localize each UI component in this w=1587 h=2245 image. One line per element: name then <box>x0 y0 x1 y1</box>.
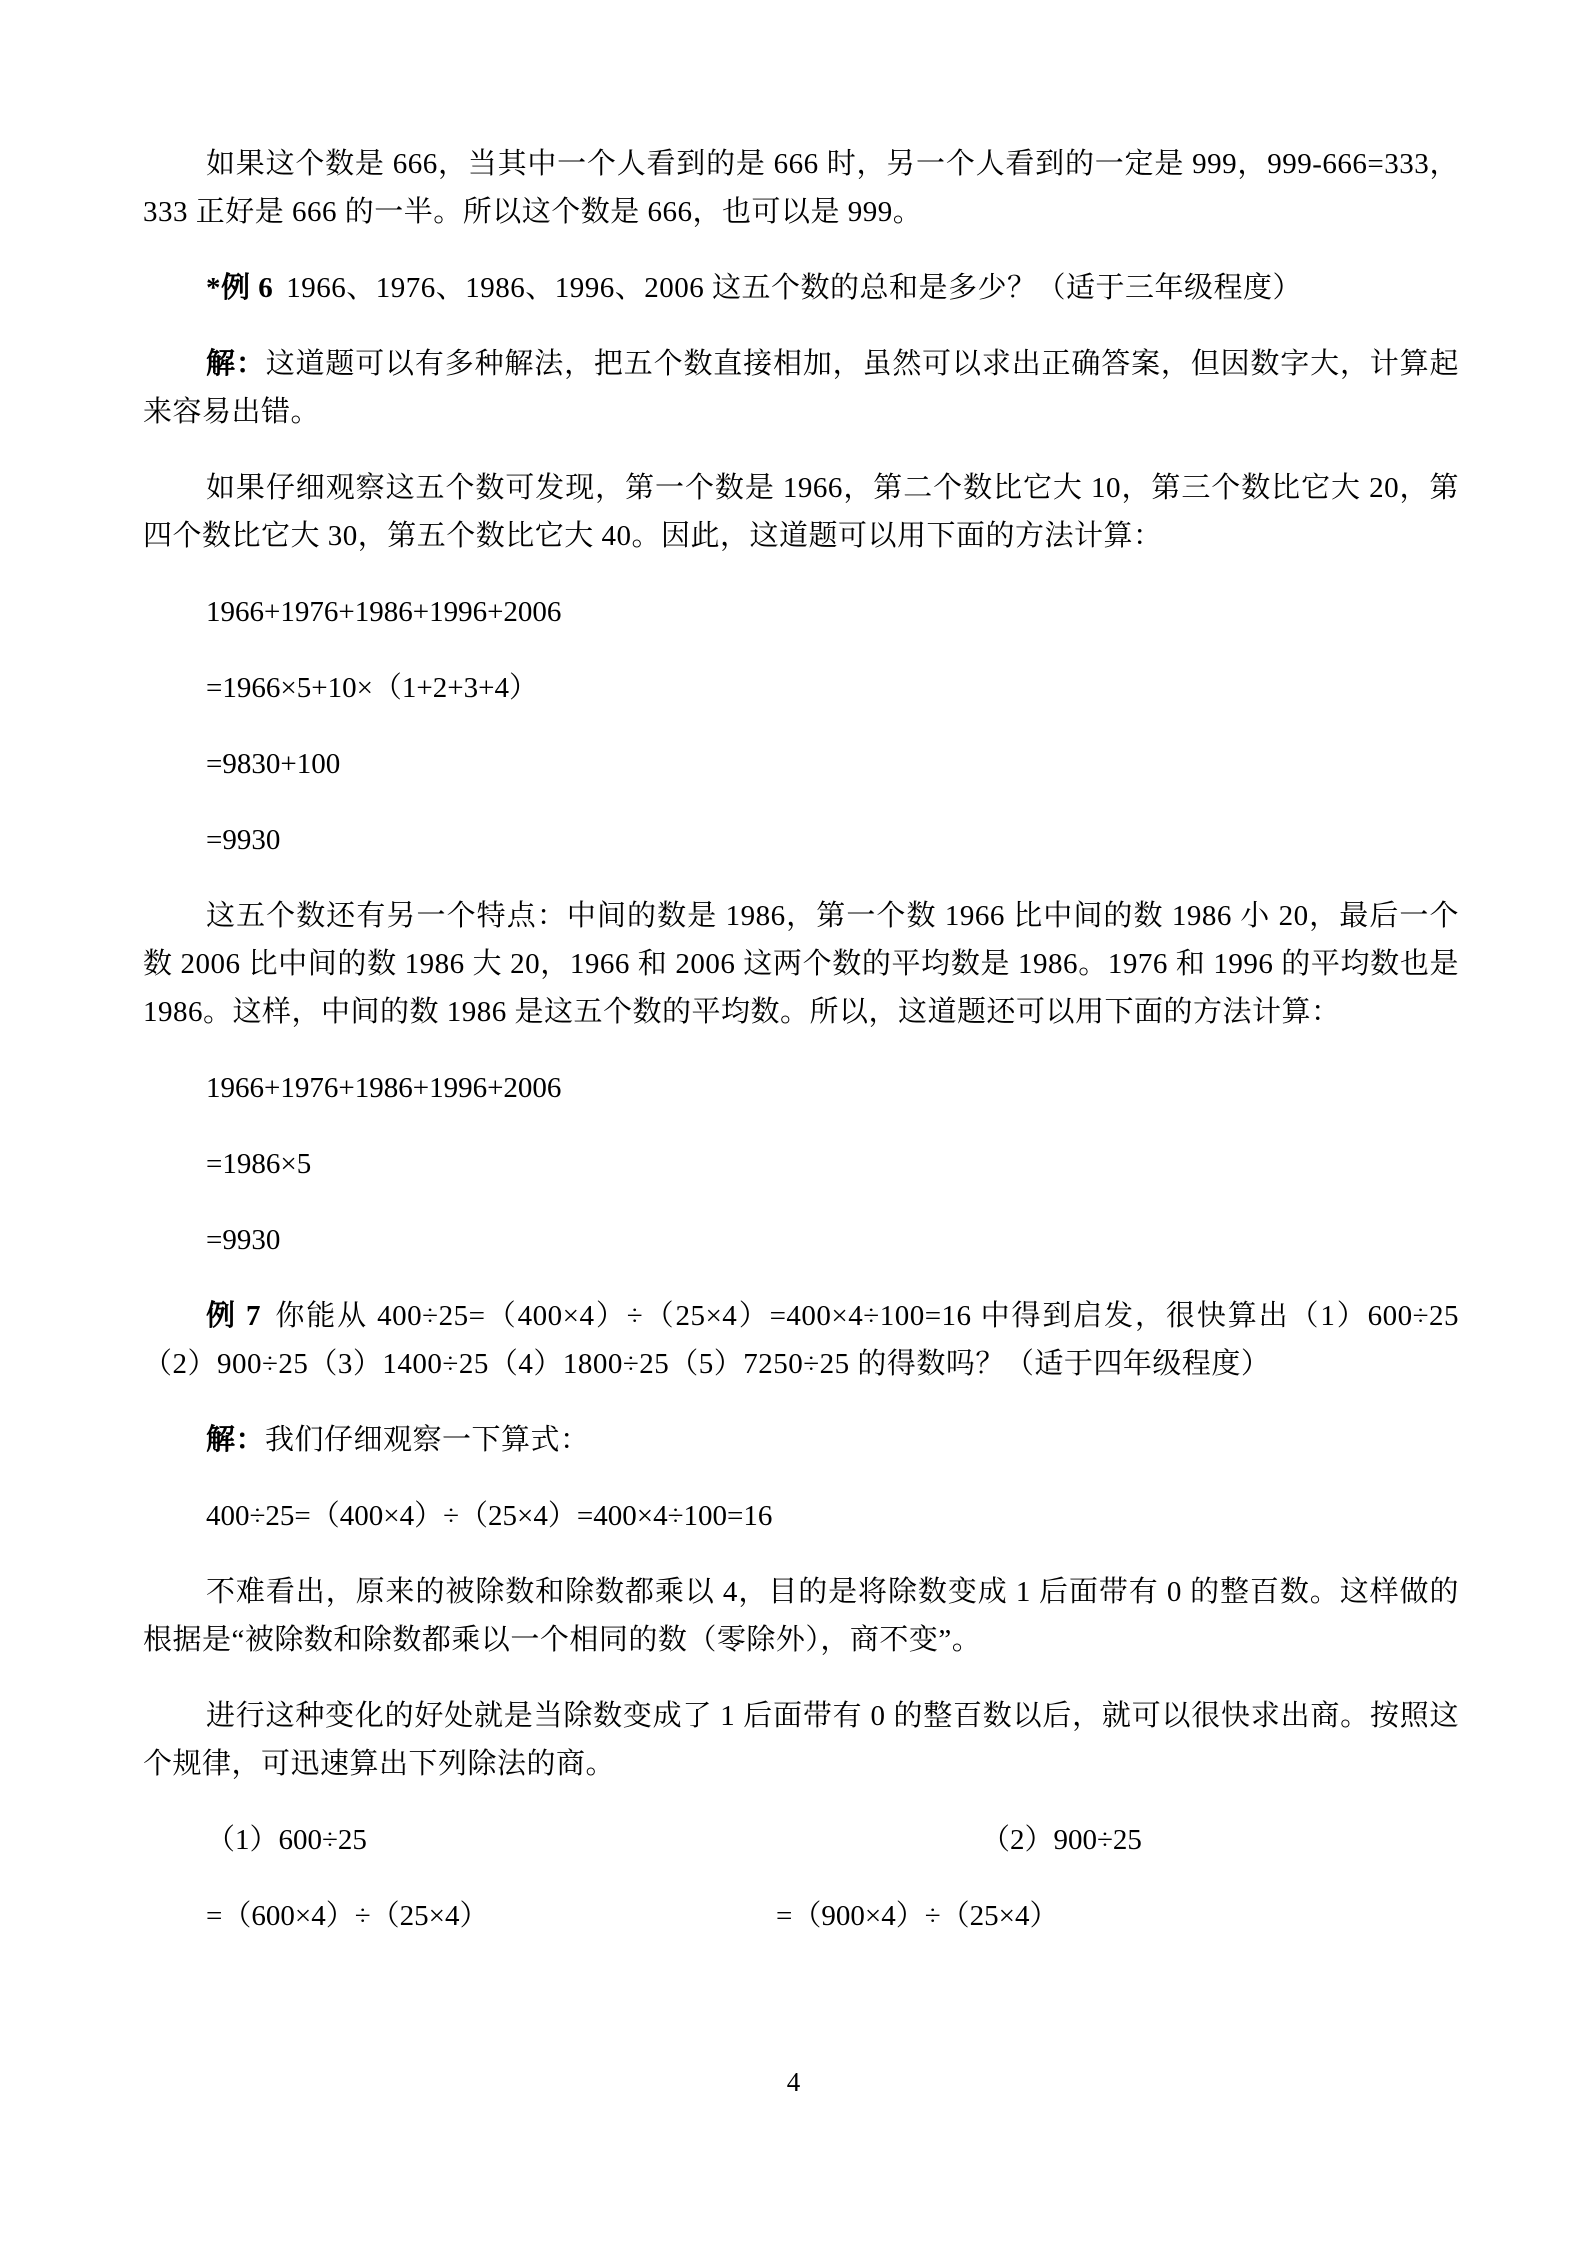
paragraph-observation: 如果仔细观察这五个数可发现，第一个数是 1966，第二个数比它大 10，第三个数… <box>143 464 1459 560</box>
example-7-question: 你能从 400÷25=（400×4）÷（25×4）=400×4÷100=16 中… <box>143 1300 1459 1380</box>
document-page: 如果这个数是 666，当其中一个人看到的是 666 时，另一个人看到的一定是 9… <box>0 0 1587 2245</box>
equation-sum-line-2: =1966×5+10×（1+2+3+4） <box>143 664 1459 712</box>
solution-6-paragraph: 解：这道题可以有多种解法，把五个数直接相加，虽然可以求出正确答案，但因数字大，计… <box>143 340 1459 436</box>
example-7-heading: 例 7你能从 400÷25=（400×4）÷（25×4）=400×4÷100=1… <box>143 1292 1459 1388</box>
paragraph-666-conclusion: 如果这个数是 666，当其中一个人看到的是 666 时，另一个人看到的一定是 9… <box>143 140 1459 236</box>
equation-sum-line-4: =9930 <box>143 816 1459 864</box>
solution-7-label: 解： <box>206 1424 265 1456</box>
division-solution-1: =（600×4）÷（25×4） <box>206 1892 488 1940</box>
paragraph-average-feature: 这五个数还有另一个特点：中间的数是 1986，第一个数 1966 比中间的数 1… <box>143 892 1459 1036</box>
equation-division-example: 400÷25=（400×4）÷（25×4）=400×4÷100=16 <box>143 1492 1459 1540</box>
division-solutions-row: =（600×4）÷（25×4） =（900×4）÷（25×4） <box>143 1892 1459 1940</box>
page-number: 4 <box>787 2067 801 2097</box>
document-canvas: { "document": { "paragraphs": { "p1": "如… <box>0 0 1587 2245</box>
paragraph-reasoning: 不难看出，原来的被除数和除数都乘以 4，目的是将除数变成 1 后面带有 0 的整… <box>143 1568 1459 1664</box>
division-problems-row: （1）600÷25 （2）900÷25 <box>143 1816 1459 1864</box>
solution-6-label: 解： <box>206 348 266 380</box>
paragraph-benefit: 进行这种变化的好处就是当除数变成了 1 后面带有 0 的整百数以后，就可以很快求… <box>143 1692 1459 1788</box>
page-footer: 4 <box>0 2062 1587 2102</box>
solution-7-paragraph: 解：我们仔细观察一下算式： <box>143 1416 1459 1464</box>
division-problem-2: （2）900÷25 <box>981 1816 1142 1864</box>
solution-7-text: 我们仔细观察一下算式： <box>265 1424 590 1456</box>
division-problem-1: （1）600÷25 <box>206 1816 367 1864</box>
equation-average-line-1: 1966+1976+1986+1996+2006 <box>143 1064 1459 1112</box>
example-6-heading: *例 61966、1976、1986、1996、2006 这五个数的总和是多少？… <box>143 264 1459 312</box>
example-6-question: 1966、1976、1986、1996、2006 这五个数的总和是多少？（适于三… <box>286 272 1302 304</box>
example-7-label: 例 7 <box>206 1300 261 1332</box>
equation-average-line-2: =1986×5 <box>143 1140 1459 1188</box>
solution-6-text: 这道题可以有多种解法，把五个数直接相加，虽然可以求出正确答案，但因数字大，计算起… <box>143 348 1459 428</box>
equation-average-line-3: =9930 <box>143 1216 1459 1264</box>
equation-sum-line-3: =9830+100 <box>143 740 1459 788</box>
equation-sum-line-1: 1966+1976+1986+1996+2006 <box>143 588 1459 636</box>
example-6-label: *例 6 <box>206 272 273 304</box>
division-solution-2: =（900×4）÷（25×4） <box>776 1892 1058 1940</box>
